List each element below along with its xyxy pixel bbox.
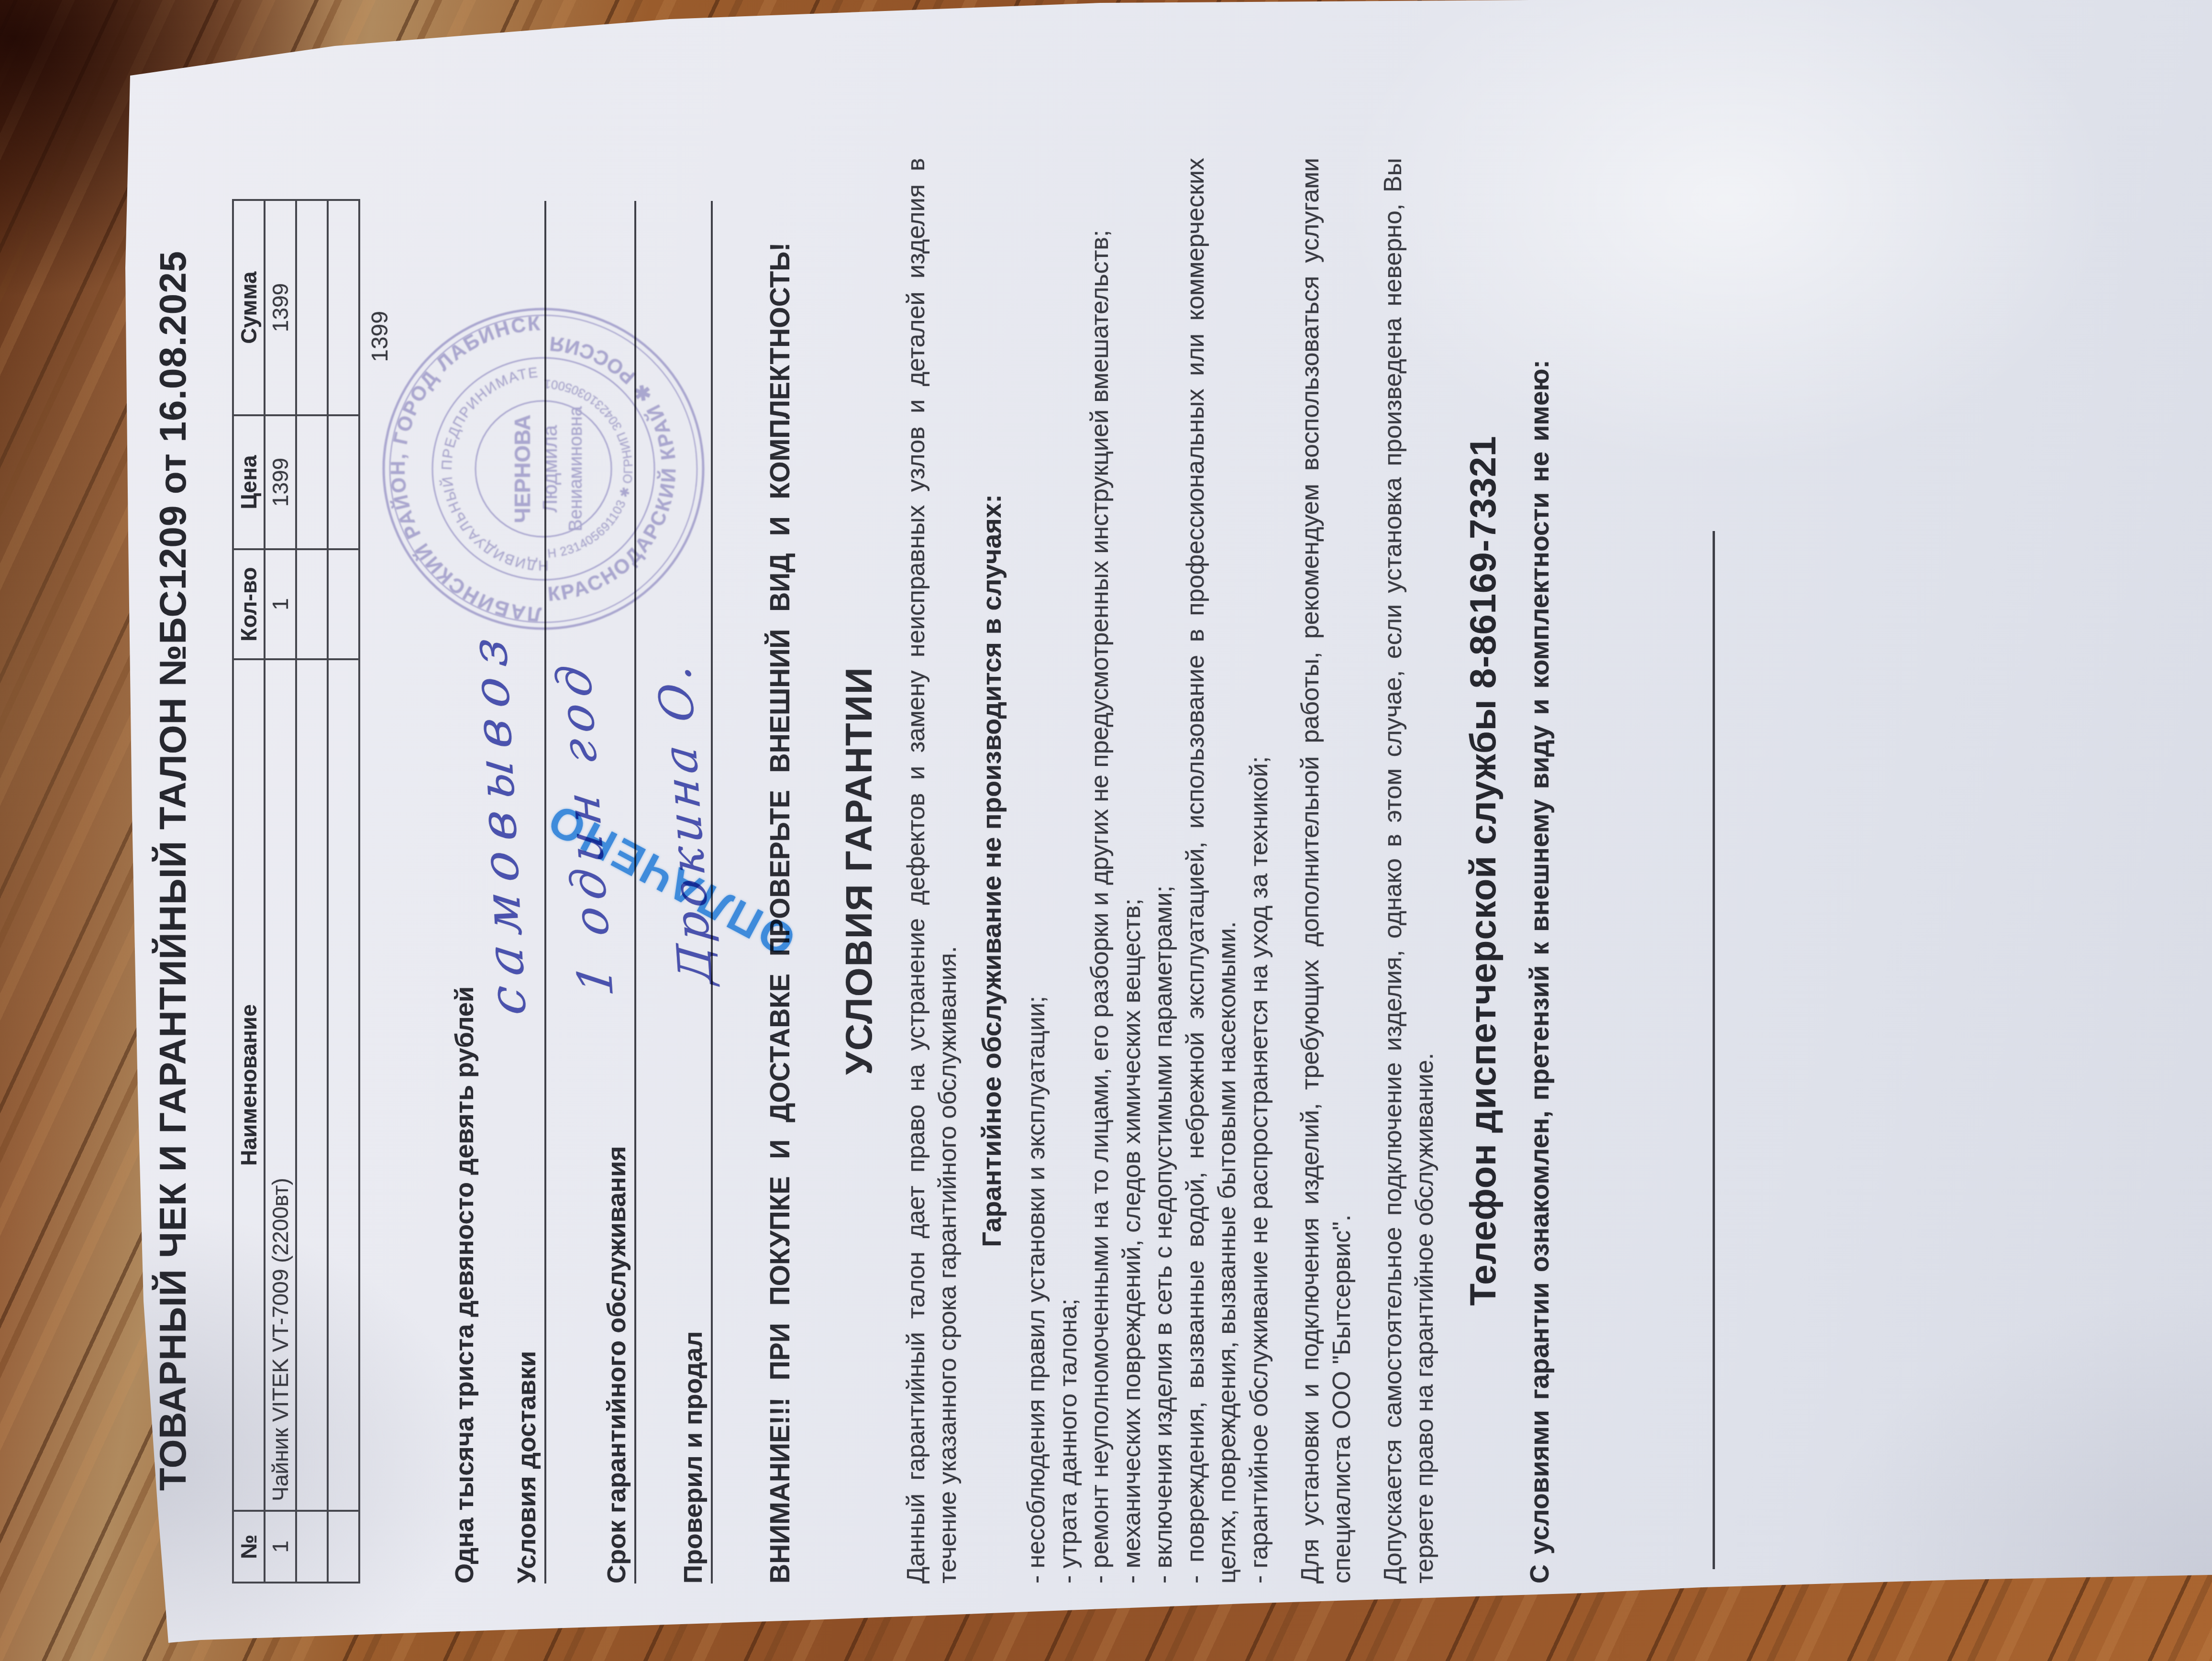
warranty-exclusion-item: - повреждения, вызванные водой, небрежно… xyxy=(1180,158,1243,1583)
field-label-delivery: Условия доставки xyxy=(512,1351,542,1583)
items-table: № Наименование Кол-во Цена Сумма 1 Чайни… xyxy=(232,199,360,1583)
col-header-qty: Кол-во xyxy=(233,549,265,659)
warranty-exclusion-item: - несоблюдения правил установки и эксплу… xyxy=(1020,158,1052,1583)
warranty-heading: УСЛОВИЯ ГАРАНТИИ xyxy=(837,158,881,1583)
cell-sum: 1399 xyxy=(265,200,296,415)
install-note: Для установки и подключения изделий, тре… xyxy=(1295,158,1358,1583)
table-row-empty xyxy=(296,200,328,1583)
cell-price: 1399 xyxy=(265,415,296,549)
cell-name: Чайник VITEK VT-7009 (2200вт) xyxy=(265,659,296,1511)
col-header-price: Цена xyxy=(233,415,265,549)
warranty-intro: Данный гарантийный талон дает право на у… xyxy=(901,158,963,1583)
table-row-empty xyxy=(328,200,359,1583)
exclusions-list: - несоблюдения правил установки и эксплу… xyxy=(1020,158,1275,1583)
photo-of-receipt: ТОВАРНЫЙ ЧЕК И ГАРАНТИЙНЫЙ ТАЛОН №БС1209… xyxy=(0,0,2212,1661)
field-label-warranty-period: Срок гарантийного обслуживания xyxy=(602,1146,631,1583)
receipt-title: ТОВАРНЫЙ ЧЕК И ГАРАНТИЙНЫЙ ТАЛОН №БС1209… xyxy=(151,158,195,1583)
receipt-document: ТОВАРНЫЙ ЧЕК И ГАРАНТИЙНЫЙ ТАЛОН №БС1209… xyxy=(128,14,2204,1650)
table-row: 1 Чайник VITEK VT-7009 (2200вт) 1 1399 1… xyxy=(265,200,296,1583)
acknowledgement-line: С условиями гарантии ознакомлен, претенз… xyxy=(1524,158,1555,1583)
warranty-exclusion-item: - включения изделия в сеть с недопустимы… xyxy=(1148,158,1180,1583)
field-label-checked-sold: Проверил и продал xyxy=(678,1331,708,1583)
warranty-exclusion-item: - механических повреждений, следов химич… xyxy=(1116,158,1148,1583)
warranty-exclusion-item: - ремонт неуполномоченными на то лицами,… xyxy=(1084,158,1116,1583)
exclusions-heading: Гарантийное обслуживание не производится… xyxy=(976,158,1007,1583)
paper-receipt: ТОВАРНЫЙ ЧЕК И ГАРАНТИЙНЫЙ ТАЛОН №БС1209… xyxy=(0,0,2212,1661)
col-header-sum: Сумма xyxy=(233,200,265,415)
self-install-note: Допускается самостоятельное подключение … xyxy=(1378,158,1440,1583)
round-stamp-center-name: Людмила xyxy=(539,425,561,512)
round-stamp: ЛАБИНСКИЙ РАЙОН, ГОРОД ЛАБИНСК КРАСНОДАР… xyxy=(376,301,711,636)
col-header-num: № xyxy=(233,1511,265,1583)
dispatcher-phone-line: Телефон диспетчерской службы 8-86169-733… xyxy=(1462,158,1504,1583)
attention-note: ВНИМАНИЕ!!! ПРИ ПОКУПКЕ И ДОСТАВКЕ ПРОВЕ… xyxy=(764,158,796,1583)
warranty-exclusion-item: - гарантийное обслуживание не распростра… xyxy=(1243,158,1275,1583)
table-header-row: № Наименование Кол-во Цена Сумма xyxy=(233,200,265,1583)
col-header-name: Наименование xyxy=(233,659,265,1511)
cell-num: 1 xyxy=(265,1511,296,1583)
round-stamp-center-patronymic: Вениаминовна xyxy=(566,406,586,531)
round-stamp-center-surname: ЧЕРНОВА xyxy=(510,415,535,523)
signature-line xyxy=(1713,531,1715,1569)
warranty-exclusion-item: - утрата данного талона; xyxy=(1052,158,1084,1583)
cell-qty: 1 xyxy=(265,549,296,659)
